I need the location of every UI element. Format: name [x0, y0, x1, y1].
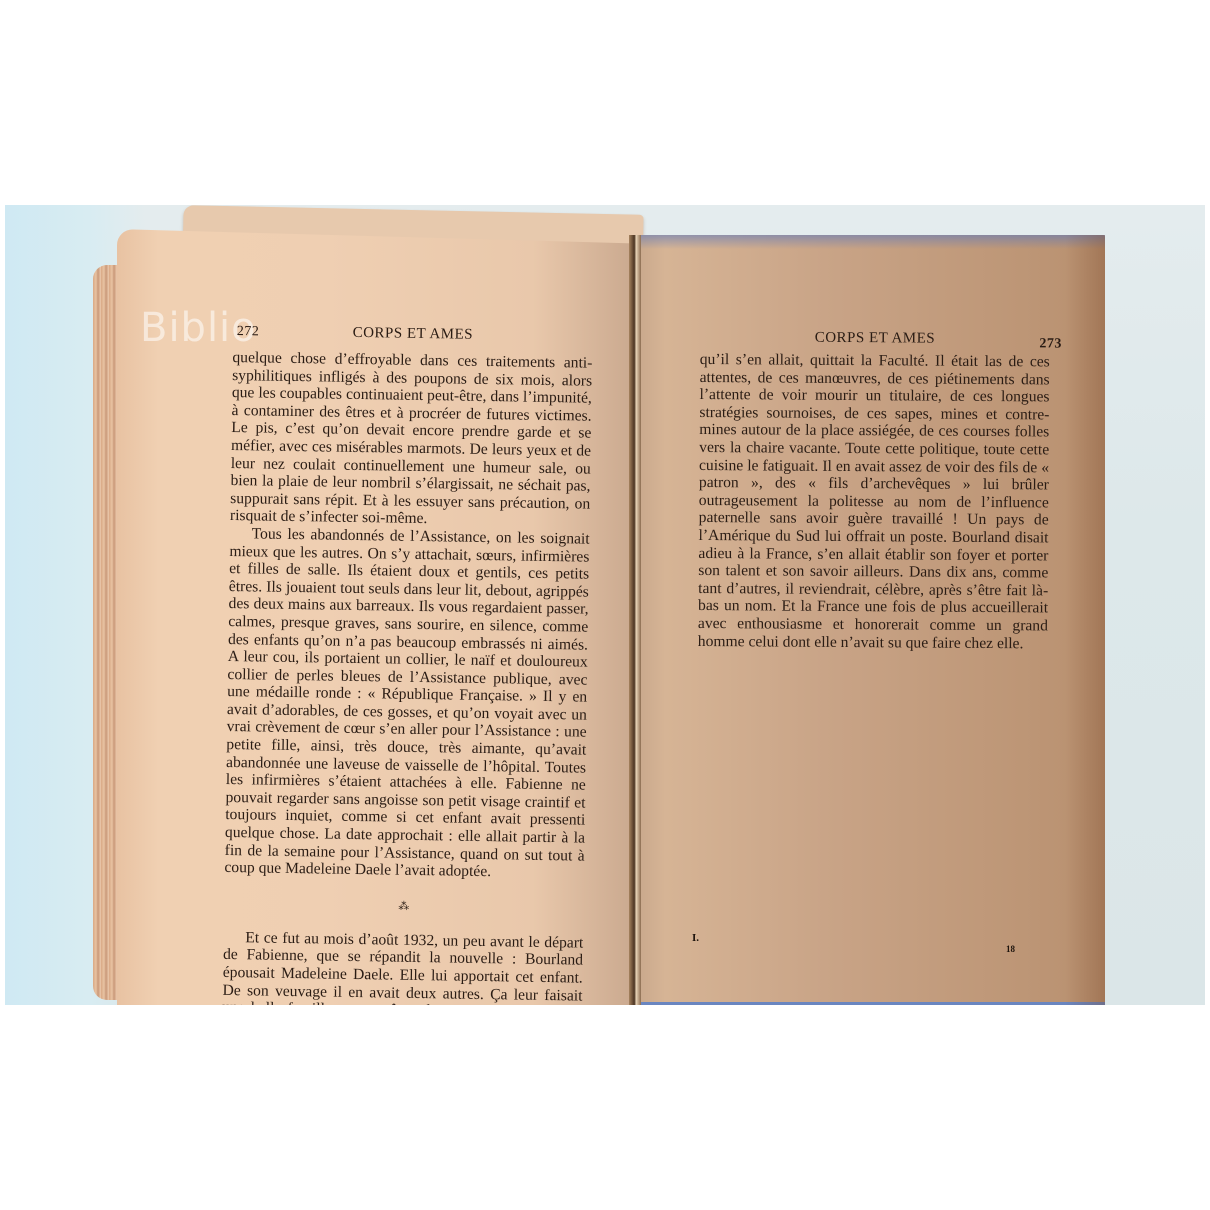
right-page-text: CORPS ET AMES 273 qu’il s’en allait, qui…	[698, 329, 1050, 653]
signature-mark-left: I.	[692, 932, 699, 944]
left-running-head: 272 CORPS ET AMES	[233, 323, 593, 349]
signature-mark-right: 18	[1006, 944, 1015, 954]
left-page-text: 272 CORPS ET AMES quelque chose d’effroy…	[222, 323, 593, 1005]
section-break-asterism: ⁂	[224, 899, 584, 915]
right-page-number: 273	[1039, 335, 1062, 353]
right-running-title: CORPS ET AMES	[815, 330, 936, 347]
right-page-shadow	[1065, 235, 1105, 1005]
left-paragraph-1: quelque chose d’effroyable dans ces trai…	[230, 349, 593, 531]
left-page-number: 272	[237, 323, 260, 341]
book-photo: Biblio 272 CORPS ET AMES quelque chose d…	[5, 205, 1205, 1005]
book-gutter	[629, 235, 641, 1005]
left-running-title: CORPS ET AMES	[353, 325, 474, 343]
left-paragraph-3: Et ce fut au mois d’août 1932, un peu av…	[222, 929, 584, 1005]
left-paragraph-2: Tous les abandonnés de l’Assistance, on …	[224, 525, 589, 882]
right-running-head: CORPS ET AMES 273	[700, 329, 1050, 351]
right-paragraph: qu’il s’en allait, quittait la Faculté. …	[698, 351, 1050, 653]
